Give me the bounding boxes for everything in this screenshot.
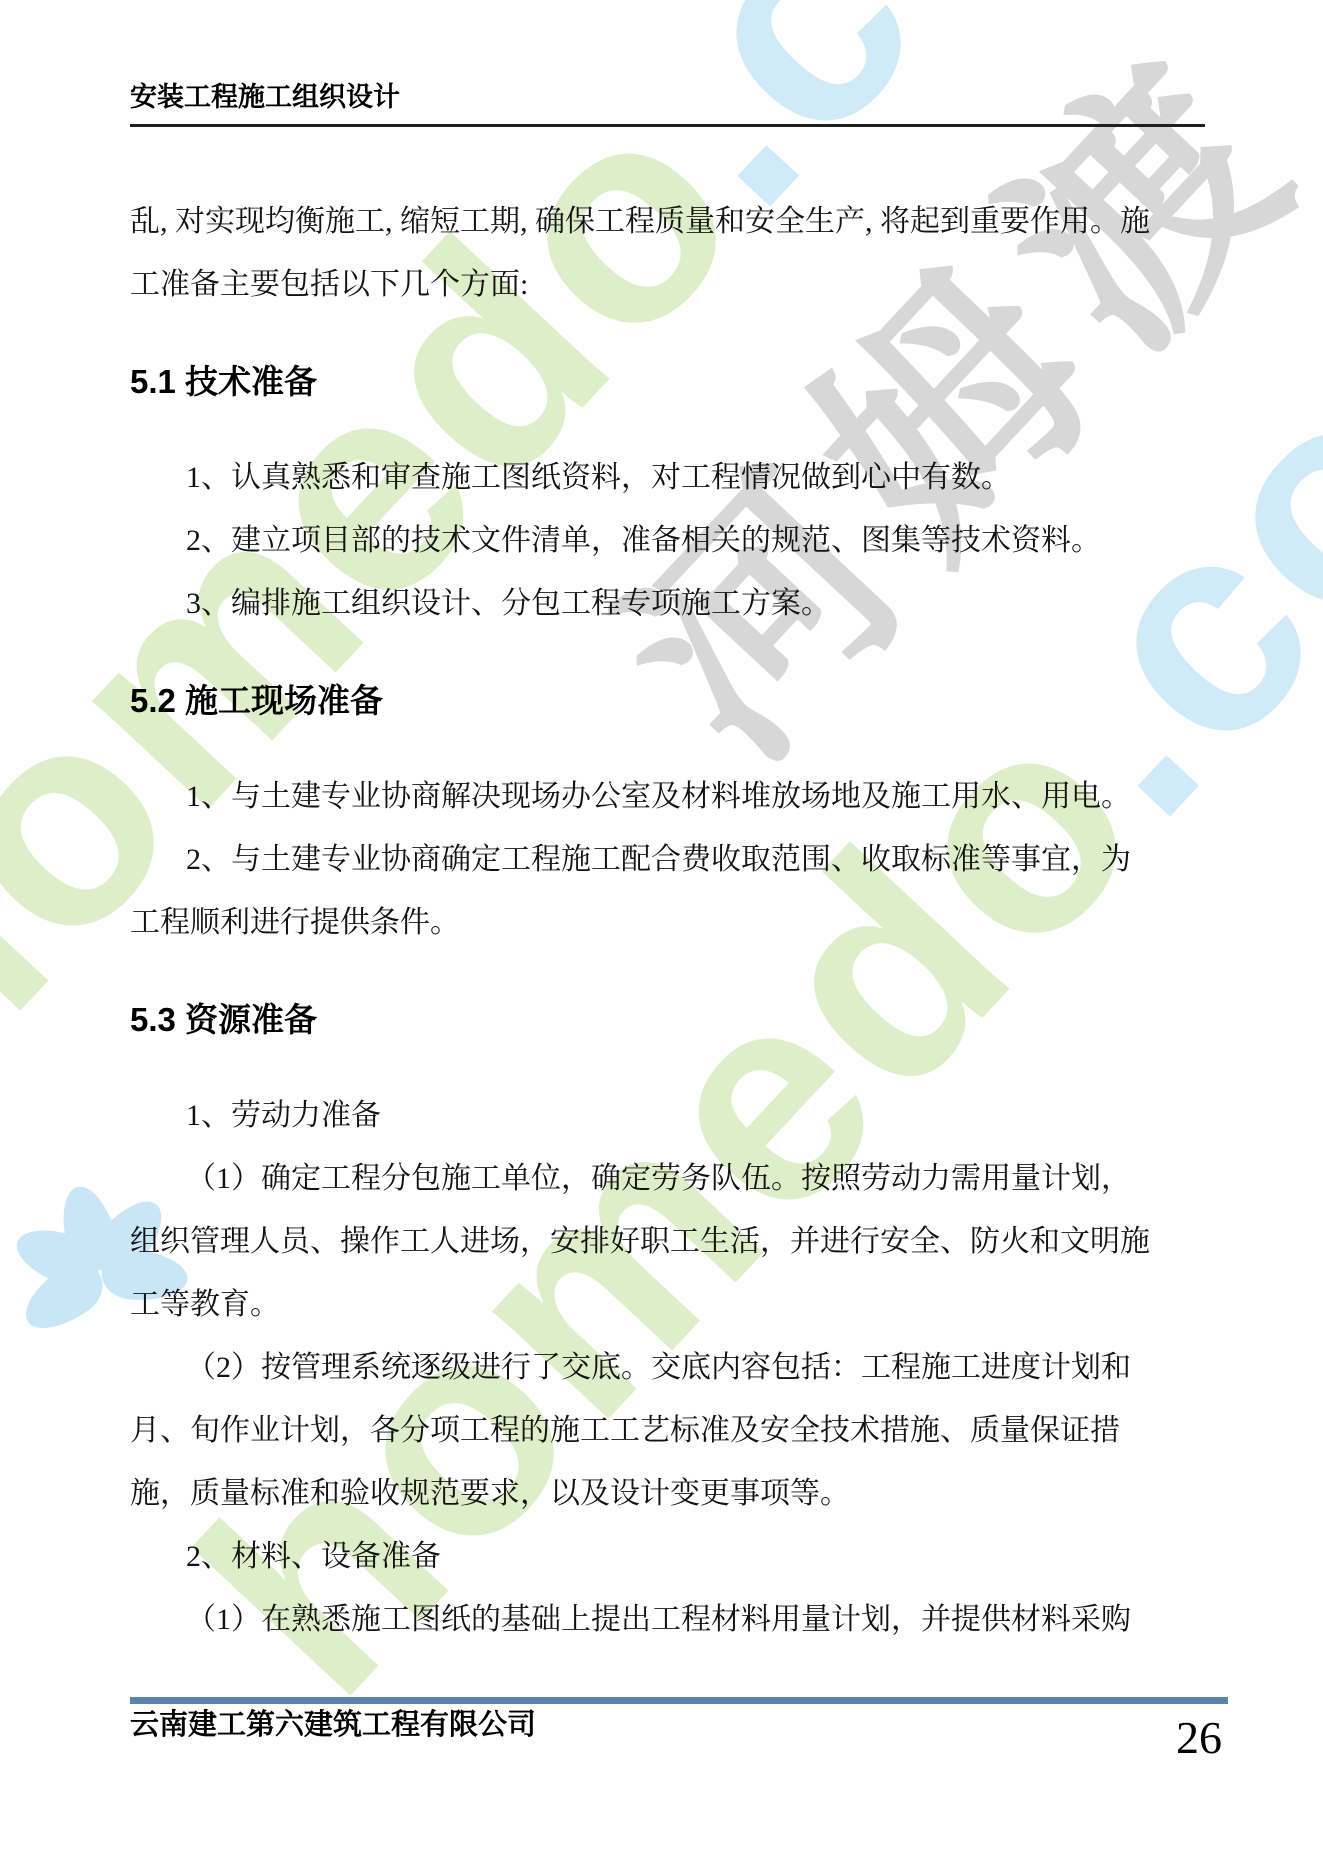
text-line: （1）在熟悉施工图纸的基础上提出工程材料用量计划，并提供材料采购: [130, 1588, 1210, 1651]
page-header: 安装工程施工组织设计: [130, 82, 1205, 127]
text-line: 1、认真熟悉和审查施工图纸资料，对工程情况做到心中有数。: [130, 446, 1210, 509]
document-page: homedo.com homedo.com 河姆渡 安装工程施工组织设计 乱, …: [0, 0, 1323, 1872]
flower-petal: [14, 1252, 113, 1342]
text-line: （1）确定工程分包施工单位，确定劳务队伍。按照劳动力需用量计划，: [130, 1147, 1210, 1210]
page-footer: 云南建工第六建筑工程有限公司 26: [130, 1697, 1228, 1742]
document-body: 乱, 对实现均衡施工, 缩短工期, 确保工程质量和安全生产, 将起到重要作用。施…: [130, 190, 1210, 1651]
text-line: 3、编排施工组织设计、分包工程专项施工方案。: [130, 572, 1210, 635]
text-line: 1、劳动力准备: [130, 1084, 1210, 1147]
section-heading: 5.3 资源准备: [130, 998, 1210, 1042]
text-line: 工等教育。: [130, 1273, 1210, 1336]
section-heading: 5.2 施工现场准备: [130, 679, 1210, 723]
text-line: （2）按管理系统逐级进行了交底。交底内容包括：工程施工进度计划和: [130, 1336, 1210, 1399]
text-line: 2、建立项目部的技术文件清单，准备相关的规范、图集等技术资料。: [130, 509, 1210, 572]
text-line: 2、材料、设备准备: [130, 1525, 1210, 1588]
text-line: 月、旬作业计划，各分项工程的施工工艺标准及安全技术措施、质量保证措: [130, 1399, 1210, 1462]
text-line: 1、与土建专业协商解决现场办公室及材料堆放场地及施工用水、用电。: [130, 765, 1210, 828]
text-line: 乱, 对实现均衡施工, 缩短工期, 确保工程质量和安全生产, 将起到重要作用。施: [130, 190, 1210, 253]
footer-company-name: 云南建工第六建筑工程有限公司: [130, 1708, 1228, 1742]
text-line: 工准备主要包括以下几个方面:: [130, 253, 1210, 316]
header-title: 安装工程施工组织设计: [130, 82, 1205, 112]
text-line: 组织管理人员、操作工人进场，安排好职工生活，并进行安全、防火和文明施: [130, 1210, 1210, 1273]
page-number: 26: [1176, 1711, 1222, 1764]
text-line: 工程顺利进行提供条件。: [130, 891, 1210, 954]
flower-petal: [53, 1181, 124, 1277]
footer-divider-bar: [130, 1697, 1228, 1704]
text-line: 2、与土建专业协商确定工程施工配合费收取范围、收取标准等事宜，为: [130, 828, 1210, 891]
section-heading: 5.1 技术准备: [130, 360, 1210, 404]
text-line: 施，质量标准和验收规范要求，以及设计变更事项等。: [130, 1462, 1210, 1525]
flower-petal: [9, 1218, 107, 1294]
